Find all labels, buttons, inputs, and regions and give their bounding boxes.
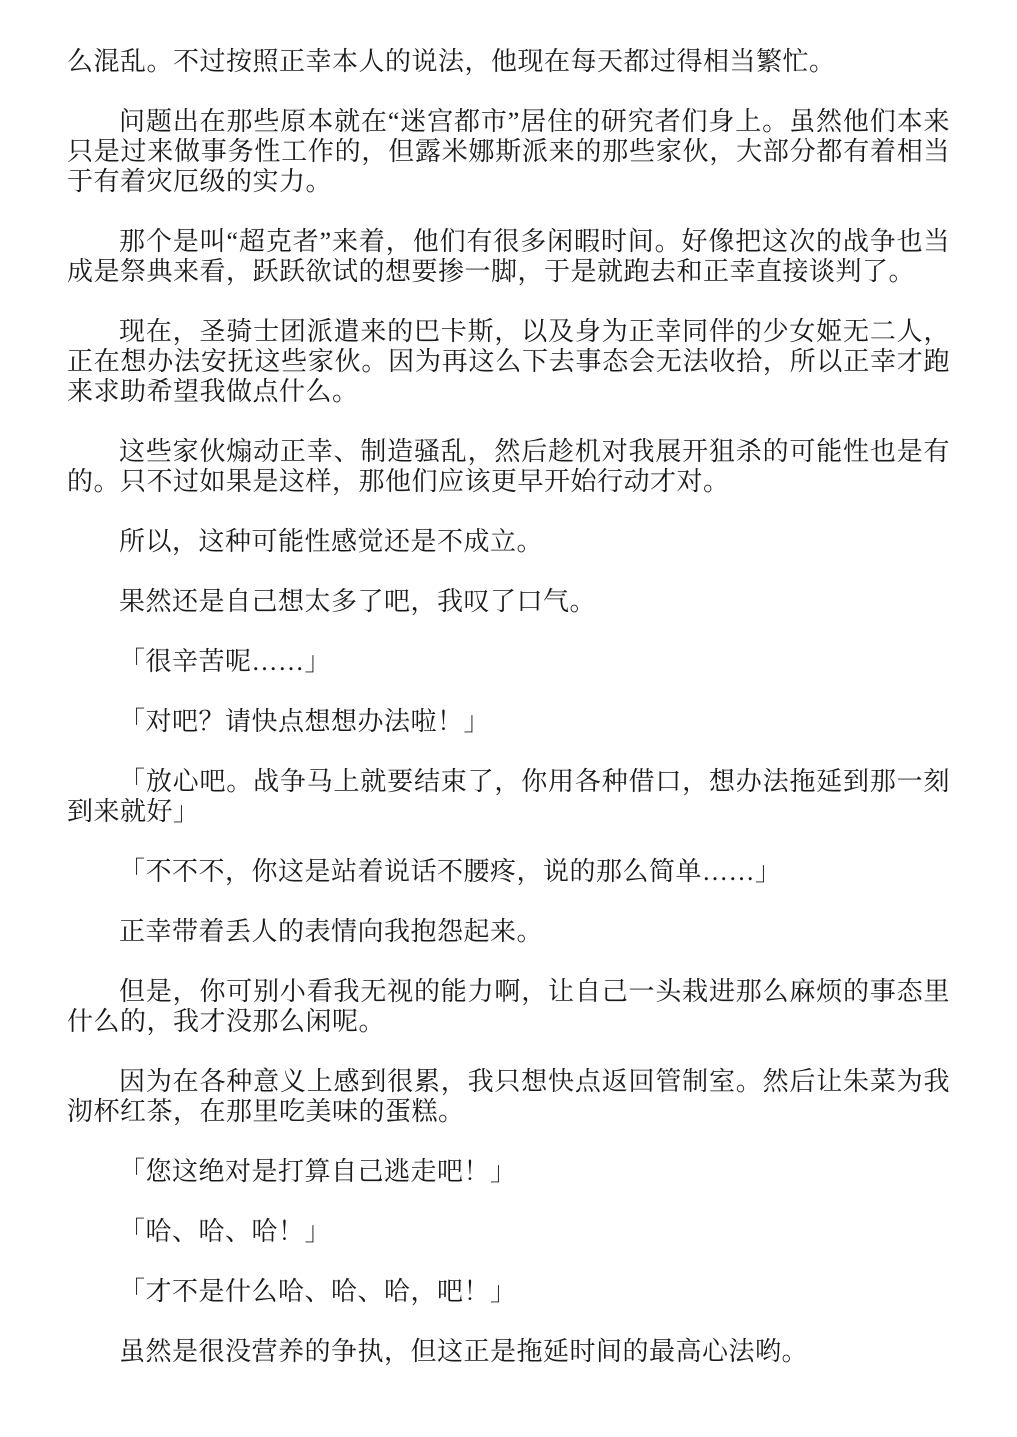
paragraph: 那个是叫“超克者”来着，他们有很多闲暇时间。好像把这次的战争也当成是祭典来看，跃…: [67, 227, 950, 287]
paragraph: 虽然是很没营养的争执，但这正是拖延时间的最高心法哟。: [67, 1337, 950, 1367]
paragraph-dialogue: 「才不是什么哈、哈、哈，吧！」: [67, 1277, 950, 1307]
paragraph-dialogue: 「放心吧。战争马上就要结束了，你用各种借口，想办法拖延到那一刻到来就好」: [67, 767, 950, 827]
paragraph-dialogue: 「很辛苦呢……」: [67, 647, 950, 677]
paragraph: 现在，圣骑士团派遣来的巴卡斯，以及身为正幸同伴的少女姬无二人，正在想办法安抚这些…: [67, 317, 950, 407]
novel-page: 么混乱。不过按照正幸本人的说法，他现在每天都过得相当繁忙。 问题出在那些原本就在…: [0, 0, 1017, 1437]
page-text-content: 么混乱。不过按照正幸本人的说法，他现在每天都过得相当繁忙。 问题出在那些原本就在…: [0, 0, 1017, 1367]
paragraph: 这些家伙煽动正幸、制造骚乱，然后趁机对我展开狙杀的可能性也是有的。只不过如果是这…: [67, 437, 950, 497]
paragraph: 果然还是自己想太多了吧，我叹了口气。: [67, 587, 950, 617]
paragraph: 所以，这种可能性感觉还是不成立。: [67, 527, 950, 557]
paragraph-dialogue: 「您这绝对是打算自己逃走吧！」: [67, 1157, 950, 1187]
paragraph: 但是，你可别小看我无视的能力啊，让自己一头栽进那么麻烦的事态里什么的，我才没那么…: [67, 977, 950, 1037]
paragraph: 因为在各种意义上感到很累，我只想快点返回管制室。然后让朱菜为我沏杯红茶，在那里吃…: [67, 1067, 950, 1127]
paragraph: 问题出在那些原本就在“迷宫都市”居住的研究者们身上。虽然他们本来只是过来做事务性…: [67, 107, 950, 197]
paragraph: 么混乱。不过按照正幸本人的说法，他现在每天都过得相当繁忙。: [67, 47, 950, 77]
paragraph: 正幸带着丢人的表情向我抱怨起来。: [67, 917, 950, 947]
paragraph-dialogue: 「不不不，你这是站着说话不腰疼，说的那么简单……」: [67, 857, 950, 887]
paragraph-dialogue: 「哈、哈、哈！」: [67, 1217, 950, 1247]
paragraph-dialogue: 「对吧？请快点想想办法啦！」: [67, 707, 950, 737]
